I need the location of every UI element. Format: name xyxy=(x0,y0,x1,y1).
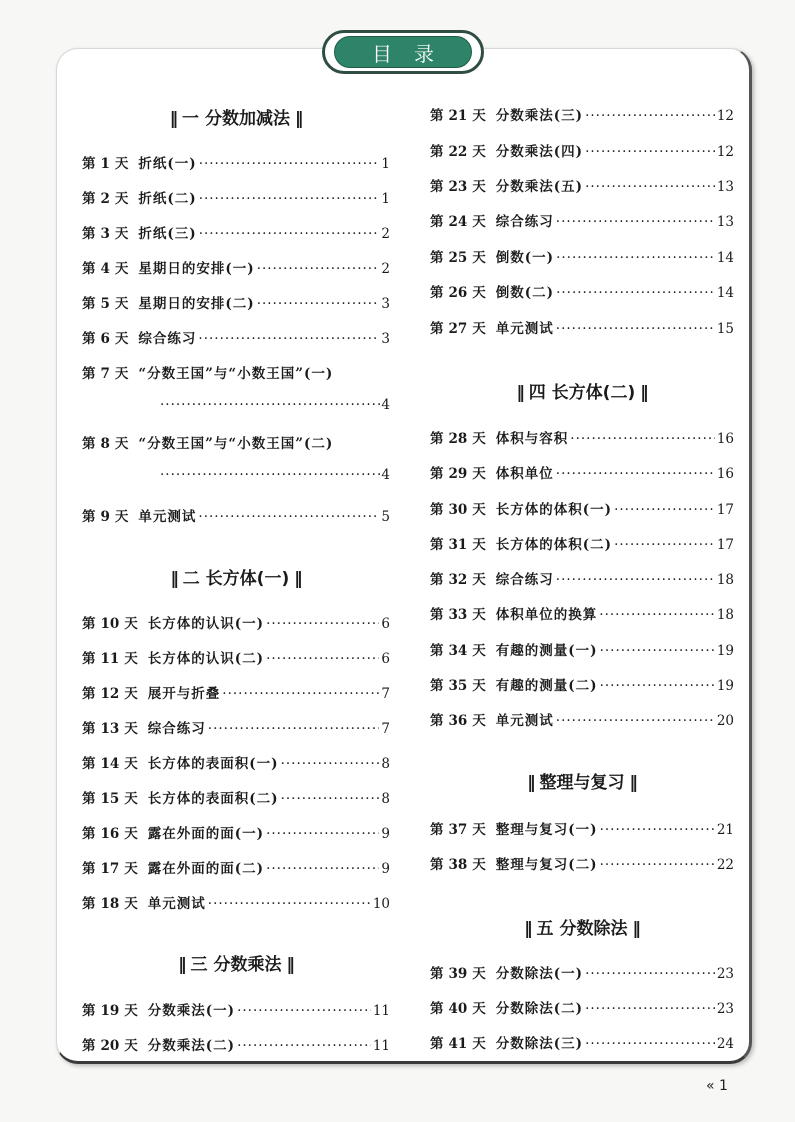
day-suffix: 天 xyxy=(115,331,129,347)
leader-dots: ········································… xyxy=(585,966,715,982)
leader-dots: ········································… xyxy=(208,896,371,912)
section-label: 一 分数加减法 xyxy=(182,109,290,129)
page-ref: 17 xyxy=(717,537,734,553)
leader-dots: ········································… xyxy=(556,285,715,301)
toc-entry[interactable]: 第31天长方体的体积(二)···························… xyxy=(430,533,734,555)
leader-dots: ········································… xyxy=(266,826,379,842)
day-prefix: 第 xyxy=(82,331,96,347)
day-label: 第13天 xyxy=(82,717,138,737)
day-number: 36 xyxy=(444,713,473,729)
day-prefix: 第 xyxy=(430,643,444,659)
day-number: 19 xyxy=(96,1003,125,1019)
entry-title: 长方体的体积(二) xyxy=(486,533,612,553)
day-prefix: 第 xyxy=(82,826,96,842)
entry-title: 展开与折叠 xyxy=(138,682,221,702)
leader-dots: ········································… xyxy=(614,537,715,553)
toc-entry[interactable]: 第13天综合练习································… xyxy=(82,717,390,739)
day-label: 第34天 xyxy=(430,639,486,659)
day-label: 第20天 xyxy=(82,1034,138,1054)
day-prefix: 第 xyxy=(82,226,96,242)
day-suffix: 天 xyxy=(472,857,486,873)
day-suffix: 天 xyxy=(124,896,138,912)
page-ref: 8 xyxy=(381,791,390,807)
day-prefix: 第 xyxy=(430,1036,444,1052)
leader-dots: ········································… xyxy=(199,156,380,172)
day-prefix: 第 xyxy=(82,616,96,632)
leader-dots: ········································… xyxy=(160,467,381,483)
day-number: 10 xyxy=(96,616,125,632)
day-number: 27 xyxy=(444,321,473,337)
toc-entry[interactable]: 第6天综合练习·································… xyxy=(82,327,390,349)
page-ref: 23 xyxy=(717,1001,734,1017)
toc-entry[interactable]: 第2天折纸(二)································… xyxy=(82,187,390,209)
day-suffix: 天 xyxy=(472,607,486,623)
leader-dots: ········································… xyxy=(266,651,379,667)
toc-entry[interactable]: 第29天体积单位································… xyxy=(430,462,734,484)
double-bar-icon: ‖ xyxy=(625,773,637,793)
toc-entry[interactable]: 第30天长方体的体积(一)···························… xyxy=(430,498,734,520)
toc-entry[interactable]: 第14天长方体的表面积(一)··························… xyxy=(82,752,390,774)
day-suffix: 天 xyxy=(472,643,486,659)
page-ref: 1 xyxy=(381,156,390,172)
day-number: 33 xyxy=(444,607,473,623)
toc-entry[interactable]: 第3天折纸(三)································… xyxy=(82,222,390,244)
day-prefix: 第 xyxy=(82,651,96,667)
day-suffix: 天 xyxy=(472,678,486,694)
toc-entry[interactable]: 第22天分数乘法(四)·····························… xyxy=(430,140,734,162)
day-prefix: 第 xyxy=(82,509,96,525)
day-suffix: 天 xyxy=(472,537,486,553)
entry-title: “分数王国”与“小数王国”(二) xyxy=(128,432,333,452)
entry-title: 体积与容积 xyxy=(486,427,569,447)
double-bar-icon: ‖ xyxy=(627,919,639,939)
day-suffix: 天 xyxy=(124,826,138,842)
double-bar-icon: ‖ xyxy=(635,383,647,403)
entry-title: 综合练习 xyxy=(138,717,206,737)
entry-title: 星期日的安排(二) xyxy=(128,292,254,312)
day-prefix: 第 xyxy=(430,179,444,195)
page-ref: 8 xyxy=(381,756,390,772)
page-ref: 1 xyxy=(381,191,390,207)
day-prefix: 第 xyxy=(430,537,444,553)
leader-dots: ········································… xyxy=(556,250,715,266)
day-number: 20 xyxy=(96,1038,125,1054)
day-label: 第15天 xyxy=(82,787,138,807)
toc-entry[interactable]: 第18天单元测试································… xyxy=(82,892,390,914)
day-label: 第31天 xyxy=(430,533,486,553)
day-prefix: 第 xyxy=(430,713,444,729)
day-prefix: 第 xyxy=(82,261,96,277)
day-label: 第19天 xyxy=(82,999,138,1019)
page-ref: 24 xyxy=(717,1036,734,1052)
day-number: 2 xyxy=(96,191,115,207)
day-number: 34 xyxy=(444,643,473,659)
day-suffix: 天 xyxy=(115,366,129,382)
toc-entry[interactable]: 第25天倒数(一)·······························… xyxy=(430,246,734,268)
day-number: 31 xyxy=(444,537,473,553)
day-label: 第23天 xyxy=(430,175,486,195)
page-ref: 16 xyxy=(717,431,734,447)
day-suffix: 天 xyxy=(124,791,138,807)
leader-dots: ········································… xyxy=(585,179,715,195)
leader-dots: ········································… xyxy=(556,713,715,729)
day-number: 23 xyxy=(444,179,473,195)
day-suffix: 天 xyxy=(115,296,129,312)
entry-title: 露在外面的面(二) xyxy=(138,857,264,877)
section-heading: ‖ 四 长方体(二) ‖ xyxy=(430,378,734,403)
day-prefix: 第 xyxy=(430,431,444,447)
leader-dots: ········································… xyxy=(600,822,715,838)
day-suffix: 天 xyxy=(115,509,129,525)
day-number: 17 xyxy=(96,861,125,877)
entry-title: 整理与复习(一) xyxy=(486,818,598,838)
day-number: 25 xyxy=(444,250,473,266)
entry-title: 折纸(二) xyxy=(128,187,196,207)
toc-entry[interactable]: 第7天“分数王国”与“小数王国”(一) xyxy=(82,362,390,384)
day-number: 18 xyxy=(96,896,125,912)
day-number: 1 xyxy=(96,156,115,172)
day-suffix: 天 xyxy=(124,756,138,772)
day-suffix: 天 xyxy=(124,616,138,632)
day-number: 13 xyxy=(96,721,125,737)
leader-dots: ········································… xyxy=(600,643,715,659)
day-label: 第25天 xyxy=(430,246,486,266)
entry-title: 分数除法(二) xyxy=(486,997,583,1017)
toc-entry[interactable]: 第38天整理与复习(二)····························… xyxy=(430,853,734,875)
toc-entry[interactable]: 第10天长方体的认识(一)···························… xyxy=(82,612,390,634)
day-prefix: 第 xyxy=(430,214,444,230)
page-ref: 2 xyxy=(381,261,390,277)
entry-title: 分数乘法(四) xyxy=(486,140,583,160)
day-label: 第7天 xyxy=(82,362,128,382)
day-suffix: 天 xyxy=(124,1003,138,1019)
day-prefix: 第 xyxy=(82,861,96,877)
page-number: « 1 xyxy=(706,1078,728,1094)
day-label: 第40天 xyxy=(430,997,486,1017)
day-prefix: 第 xyxy=(430,678,444,694)
toc-entry[interactable]: 第41天分数除法(三)·····························… xyxy=(430,1032,734,1054)
entry-title: 长方体的表面积(一) xyxy=(138,752,279,772)
entry-title: 长方体的认识(二) xyxy=(138,647,264,667)
toc-entry[interactable]: 第28天体积与容积·······························… xyxy=(430,427,734,449)
day-suffix: 天 xyxy=(472,822,486,838)
double-bar-icon: ‖ xyxy=(289,569,301,589)
day-number: 22 xyxy=(444,144,473,160)
day-label: 第1天 xyxy=(82,152,128,172)
toc-entry[interactable]: 第19天分数乘法(一)·····························… xyxy=(82,999,390,1021)
section-heading: ‖ 三 分数乘法 ‖ xyxy=(82,950,390,975)
section-label: 二 长方体(一) xyxy=(183,569,289,589)
day-label: 第16天 xyxy=(82,822,138,842)
day-prefix: 第 xyxy=(430,607,444,623)
day-number: 8 xyxy=(96,436,115,452)
day-prefix: 第 xyxy=(82,296,96,312)
page-ref: 3 xyxy=(381,296,390,312)
page-ref: 13 xyxy=(717,179,734,195)
toc-entry[interactable]: 第5天星期日的安排(二)····························… xyxy=(82,292,390,314)
page-ref: 12 xyxy=(717,108,734,124)
toc-entry[interactable]: 第36天单元测试································… xyxy=(430,709,734,731)
toc-entry[interactable]: 第34天有趣的测量(一)····························… xyxy=(430,639,734,661)
day-label: 第41天 xyxy=(430,1032,486,1052)
day-label: 第37天 xyxy=(430,818,486,838)
entry-title: “分数王国”与“小数王国”(一) xyxy=(128,362,333,382)
toc-entry[interactable]: 第40天分数除法(二)·····························… xyxy=(430,997,734,1019)
day-number: 6 xyxy=(96,331,115,347)
day-label: 第24天 xyxy=(430,210,486,230)
day-label: 第26天 xyxy=(430,281,486,301)
day-number: 41 xyxy=(444,1036,473,1052)
day-number: 11 xyxy=(96,651,125,667)
toc-entry[interactable]: 第4天星期日的安排(一)····························… xyxy=(82,257,390,279)
toc-entry-continuation[interactable]: ········································… xyxy=(160,397,390,413)
day-label: 第8天 xyxy=(82,432,128,452)
leader-dots: ········································… xyxy=(160,397,381,413)
day-label: 第30天 xyxy=(430,498,486,518)
day-label: 第10天 xyxy=(82,612,138,632)
toc-entry[interactable]: 第26天倒数(二)·······························… xyxy=(430,281,734,303)
entry-title: 折纸(三) xyxy=(128,222,196,242)
double-bar-icon: ‖ xyxy=(516,383,528,403)
page-ref: 11 xyxy=(373,1038,390,1054)
day-label: 第39天 xyxy=(430,962,486,982)
day-number: 7 xyxy=(96,366,115,382)
day-prefix: 第 xyxy=(82,156,96,172)
day-label: 第11天 xyxy=(82,647,138,667)
toc-entry[interactable]: 第21天分数乘法(三)·····························… xyxy=(430,104,734,126)
entry-title: 露在外面的面(一) xyxy=(138,822,264,842)
day-label: 第35天 xyxy=(430,674,486,694)
day-prefix: 第 xyxy=(430,466,444,482)
entry-title: 单元测试 xyxy=(128,505,196,525)
toc-entry[interactable]: 第17天露在外面的面(二)···························… xyxy=(82,857,390,879)
day-suffix: 天 xyxy=(472,144,486,160)
day-suffix: 天 xyxy=(472,502,486,518)
day-suffix: 天 xyxy=(124,861,138,877)
section-heading: ‖ 五 分数除法 ‖ xyxy=(430,914,734,939)
day-number: 16 xyxy=(96,826,125,842)
entry-title: 综合练习 xyxy=(486,210,554,230)
toc-entry[interactable]: 第8天“分数王国”与“小数王国”(二) xyxy=(82,432,390,454)
section-label: 整理与复习 xyxy=(540,773,625,793)
day-number: 12 xyxy=(96,686,125,702)
leader-dots: ········································… xyxy=(199,226,380,242)
page-ref: 11 xyxy=(373,1003,390,1019)
page-ref: 21 xyxy=(717,822,734,838)
leader-dots: ········································… xyxy=(281,791,380,807)
day-prefix: 第 xyxy=(430,502,444,518)
day-number: 4 xyxy=(96,261,115,277)
toc-entry[interactable]: 第33天体积单位的换算·····························… xyxy=(430,603,734,625)
page-ref: 15 xyxy=(717,321,734,337)
page-ref: 19 xyxy=(717,643,734,659)
page-ref: 4 xyxy=(381,397,390,413)
day-suffix: 天 xyxy=(124,1038,138,1054)
page-ref: 6 xyxy=(381,651,390,667)
day-prefix: 第 xyxy=(82,686,96,702)
day-prefix: 第 xyxy=(82,896,96,912)
double-bar-icon: ‖ xyxy=(170,109,182,129)
day-label: 第3天 xyxy=(82,222,128,242)
toc-entry[interactable]: 第23天分数乘法(五)·····························… xyxy=(430,175,734,197)
day-number: 5 xyxy=(96,296,115,312)
entry-title: 体积单位的换算 xyxy=(486,603,598,623)
toc-entry[interactable]: 第32天综合练习································… xyxy=(430,568,734,590)
page-ref: 7 xyxy=(381,721,390,737)
day-suffix: 天 xyxy=(472,285,486,301)
page-ref: 3 xyxy=(381,331,390,347)
day-label: 第17天 xyxy=(82,857,138,877)
day-label: 第2天 xyxy=(82,187,128,207)
leader-dots: ········································… xyxy=(237,1003,371,1019)
day-prefix: 第 xyxy=(430,144,444,160)
page-ref: 9 xyxy=(381,861,390,877)
day-suffix: 天 xyxy=(472,250,486,266)
day-prefix: 第 xyxy=(430,1001,444,1017)
day-number: 21 xyxy=(444,108,473,124)
leader-dots: ········································… xyxy=(257,261,380,277)
double-bar-icon: ‖ xyxy=(170,569,182,589)
day-prefix: 第 xyxy=(82,1003,96,1019)
day-number: 40 xyxy=(444,1001,473,1017)
page-ref: 2 xyxy=(381,226,390,242)
leader-dots: ········································… xyxy=(556,321,715,337)
leader-dots: ········································… xyxy=(281,756,380,772)
day-suffix: 天 xyxy=(124,721,138,737)
page-title: 目录 xyxy=(334,36,472,68)
entry-title: 分数乘法(三) xyxy=(486,104,583,124)
day-label: 第9天 xyxy=(82,505,128,525)
day-number: 32 xyxy=(444,572,473,588)
day-suffix: 天 xyxy=(124,651,138,667)
day-suffix: 天 xyxy=(472,713,486,729)
page-ref: 17 xyxy=(717,502,734,518)
day-number: 15 xyxy=(96,791,125,807)
entry-title: 分数乘法(一) xyxy=(138,999,235,1019)
entry-title: 整理与复习(二) xyxy=(486,853,598,873)
day-prefix: 第 xyxy=(82,436,96,452)
page-ref: 7 xyxy=(381,686,390,702)
page-ref: 20 xyxy=(717,713,734,729)
leader-dots: ········································… xyxy=(556,466,715,482)
page-ref: 12 xyxy=(717,144,734,160)
day-prefix: 第 xyxy=(82,721,96,737)
double-bar-icon: ‖ xyxy=(178,955,190,975)
toc-entry[interactable]: 第27天单元测试································… xyxy=(430,317,734,339)
day-suffix: 天 xyxy=(472,1001,486,1017)
day-label: 第6天 xyxy=(82,327,128,347)
entry-title: 分数乘法(二) xyxy=(138,1034,235,1054)
double-bar-icon: ‖ xyxy=(281,955,293,975)
page-ref: 19 xyxy=(717,678,734,694)
double-bar-icon: ‖ xyxy=(524,919,536,939)
entry-title: 单元测试 xyxy=(486,709,554,729)
toc-entry[interactable]: 第11天长方体的认识(二)···························… xyxy=(82,647,390,669)
leader-dots: ········································… xyxy=(198,509,379,525)
toc-entry[interactable]: 第24天综合练习································… xyxy=(430,210,734,232)
toc-entry[interactable]: 第16天露在外面的面(一)···························… xyxy=(82,822,390,844)
leader-dots: ········································… xyxy=(600,678,715,694)
double-bar-icon: ‖ xyxy=(290,109,302,129)
page-ref: 18 xyxy=(717,607,734,623)
day-number: 28 xyxy=(444,431,473,447)
day-number: 38 xyxy=(444,857,473,873)
day-label: 第36天 xyxy=(430,709,486,729)
day-prefix: 第 xyxy=(430,572,444,588)
day-prefix: 第 xyxy=(430,250,444,266)
page-ref: 18 xyxy=(717,572,734,588)
day-label: 第4天 xyxy=(82,257,128,277)
entry-title: 倒数(一) xyxy=(486,246,554,266)
leader-dots: ········································… xyxy=(585,108,715,124)
toc-entry[interactable]: 第1天折纸(一)································… xyxy=(82,152,390,174)
entry-title: 分数除法(三) xyxy=(486,1032,583,1052)
toc-entry[interactable]: 第20天分数乘法(二)·····························… xyxy=(82,1034,390,1056)
day-number: 29 xyxy=(444,466,473,482)
day-suffix: 天 xyxy=(472,321,486,337)
day-prefix: 第 xyxy=(430,822,444,838)
day-suffix: 天 xyxy=(472,1036,486,1052)
day-number: 30 xyxy=(444,502,473,518)
entry-title: 分数除法(一) xyxy=(486,962,583,982)
entry-title: 有趣的测量(一) xyxy=(486,639,598,659)
day-label: 第28天 xyxy=(430,427,486,447)
day-prefix: 第 xyxy=(82,191,96,207)
day-number: 9 xyxy=(96,509,115,525)
day-suffix: 天 xyxy=(472,572,486,588)
page-ref: 16 xyxy=(717,466,734,482)
section-heading: ‖ 二 长方体(一) ‖ xyxy=(82,564,390,589)
toc-entry-continuation[interactable]: ········································… xyxy=(160,467,390,483)
leader-dots: ········································… xyxy=(266,861,379,877)
day-prefix: 第 xyxy=(82,791,96,807)
day-label: 第27天 xyxy=(430,317,486,337)
entry-title: 长方体的表面积(二) xyxy=(138,787,279,807)
toc-entry[interactable]: 第35天有趣的测量(二)····························… xyxy=(430,674,734,696)
day-label: 第32天 xyxy=(430,568,486,588)
day-suffix: 天 xyxy=(115,436,129,452)
leader-dots: ········································… xyxy=(585,1036,715,1052)
day-number: 39 xyxy=(444,966,473,982)
entry-title: 综合练习 xyxy=(486,568,554,588)
day-suffix: 天 xyxy=(115,191,129,207)
day-suffix: 天 xyxy=(124,686,138,702)
page-ref: 23 xyxy=(717,966,734,982)
entry-title: 分数乘法(五) xyxy=(486,175,583,195)
page-ref: 14 xyxy=(717,250,734,266)
toc-entry[interactable]: 第39天分数除法(一)·····························… xyxy=(430,962,734,984)
section-label: 三 分数乘法 xyxy=(191,955,282,975)
leader-dots: ········································… xyxy=(199,191,380,207)
leader-dots: ········································… xyxy=(237,1038,371,1054)
toc-entry[interactable]: 第12天展开与折叠·······························… xyxy=(82,682,390,704)
entry-title: 单元测试 xyxy=(486,317,554,337)
leader-dots: ········································… xyxy=(599,607,715,623)
leader-dots: ········································… xyxy=(222,686,379,702)
toc-entry[interactable]: 第9天单元测试·································… xyxy=(82,505,390,527)
leader-dots: ········································… xyxy=(556,572,715,588)
leader-dots: ········································… xyxy=(570,431,715,447)
leader-dots: ········································… xyxy=(257,296,380,312)
entry-title: 体积单位 xyxy=(486,462,554,482)
day-number: 3 xyxy=(96,226,115,242)
leader-dots: ········································… xyxy=(266,616,379,632)
day-suffix: 天 xyxy=(115,226,129,242)
day-prefix: 第 xyxy=(82,366,96,382)
toc-entry[interactable]: 第15天长方体的表面积(二)··························… xyxy=(82,787,390,809)
leader-dots: ········································… xyxy=(208,721,380,737)
toc-entry[interactable]: 第37天整理与复习(一)····························… xyxy=(430,818,734,840)
